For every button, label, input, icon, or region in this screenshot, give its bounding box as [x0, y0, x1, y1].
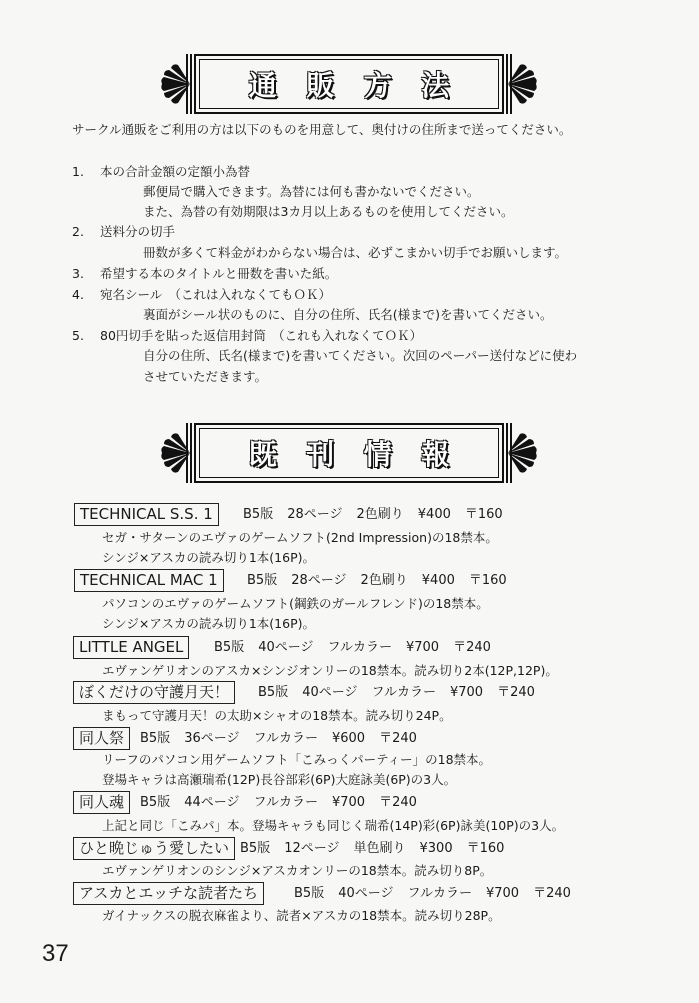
book-desc: ガイナックスの脱衣麻雀より、読者×アスカの18禁本。読み切り28P。	[102, 907, 501, 925]
intro-text: サークル通販をご利用の方は以下のものを用意して、奥付けの住所まで送ってください。	[72, 121, 571, 139]
book-desc: エヴァンゲリオンのアスカ×シンジオンリーの18禁本。読み切り2本(12P,12P…	[102, 662, 558, 680]
item-label: 80円切手を貼った返信用封筒 （これも入れなくてＯＫ）	[100, 327, 422, 345]
book-title: ぼくだけの守護月天！	[73, 681, 235, 704]
item-note: させていただきます。	[143, 368, 267, 386]
section-title: 既 刊 情 報	[194, 423, 504, 483]
book-specs: B5版28ページ2色刷り¥400〒160	[247, 571, 521, 591]
section-banner-back-issues: 既 刊 情 報	[160, 423, 538, 483]
book-specs: B5版40ページフルカラー¥700〒240	[214, 638, 505, 658]
book-specs: B5版40ページフルカラー¥700〒240	[294, 884, 585, 904]
book-specs: B5版12ページ単色刷り¥300〒160	[240, 839, 518, 859]
bar-ornament	[186, 54, 192, 114]
item-note: 郵便局で購入できます。為替には何も書かないでください。	[143, 183, 480, 201]
item-number: 5.	[72, 327, 84, 345]
item-label: 送料分の切手	[100, 223, 175, 241]
book-specs: B5版40ページフルカラー¥700〒240	[258, 683, 549, 703]
book-desc: シンジ×アスカの読み切り1本(16P)。	[102, 549, 315, 567]
item-label: 本の合計金額の定額小為替	[100, 163, 250, 181]
section-title: 通 販 方 法	[194, 54, 504, 114]
book-title: アスカとエッチな読者たち	[73, 882, 264, 905]
book-desc: まもって守護月天！の太助×シャオの18禁本。読み切り24P。	[102, 707, 452, 725]
item-label: 希望する本のタイトルと冊数を書いた紙。	[100, 265, 337, 283]
book-specs: B5版36ページフルカラー¥600〒240	[140, 729, 431, 749]
item-number: 1.	[72, 163, 84, 181]
book-desc: パソコンのエヴァのゲームソフト(鋼鉄のガールフレンド)の18禁本。	[102, 595, 489, 613]
item-label: 宛名シール （これは入れなくてもＯＫ）	[100, 286, 331, 304]
book-desc: リーフのパソコン用ゲームソフト「こみっくパーティー」の18禁本。	[102, 751, 491, 769]
fan-ornament-icon	[508, 62, 538, 106]
book-specs: B5版44ページフルカラー¥700〒240	[140, 793, 431, 813]
book-desc: 上記と同じ「こみパ」本。登場キャラも同じく瑞希(14P)彩(6P)詠美(10P)…	[102, 817, 564, 835]
item-number: 4.	[72, 286, 84, 304]
item-number: 3.	[72, 265, 84, 283]
item-note: また、為替の有効期限は3カ月以上あるものを使用してください。	[143, 203, 513, 221]
book-desc: シンジ×アスカの読み切り1本(16P)。	[102, 615, 315, 633]
book-desc: エヴァンゲリオンのシンジ×アスカオンリーの18禁本。読み切り8P。	[102, 862, 492, 880]
book-title: 同人祭	[73, 727, 130, 750]
bar-ornament	[186, 423, 192, 483]
book-desc: 登場キャラは高瀬瑞希(12P)長谷部彩(6P)大庭詠美(6P)の3人。	[102, 771, 456, 789]
item-note: 裏面がシール状のものに、自分の住所、氏名(様まで)を書いてください。	[143, 306, 553, 324]
book-specs: B5版28ページ2色刷り¥400〒160	[243, 505, 517, 525]
item-note: 自分の住所、氏名(様まで)を書いてください。次回のペーパー送付などに使わ	[143, 347, 577, 365]
page-number: 37	[42, 940, 69, 968]
fan-ornament-icon	[508, 431, 538, 475]
section-banner-mail-order: 通 販 方 法	[160, 54, 538, 114]
book-desc: セガ・サターンのエヴァのゲームソフト(2nd Impression)の18禁本。	[102, 529, 498, 547]
book-title: LITTLE ANGEL	[73, 636, 189, 659]
book-title: TECHNICAL MAC 1	[74, 569, 224, 592]
book-title: 同人魂	[73, 791, 130, 814]
book-title: TECHNICAL S.S. 1	[74, 503, 219, 526]
item-note: 冊数が多くて料金がわからない場合は、必ずこまかい切手でお願いします。	[143, 244, 567, 262]
item-number: 2.	[72, 223, 84, 241]
book-title: ひと晩じゅう愛したい	[73, 837, 235, 860]
